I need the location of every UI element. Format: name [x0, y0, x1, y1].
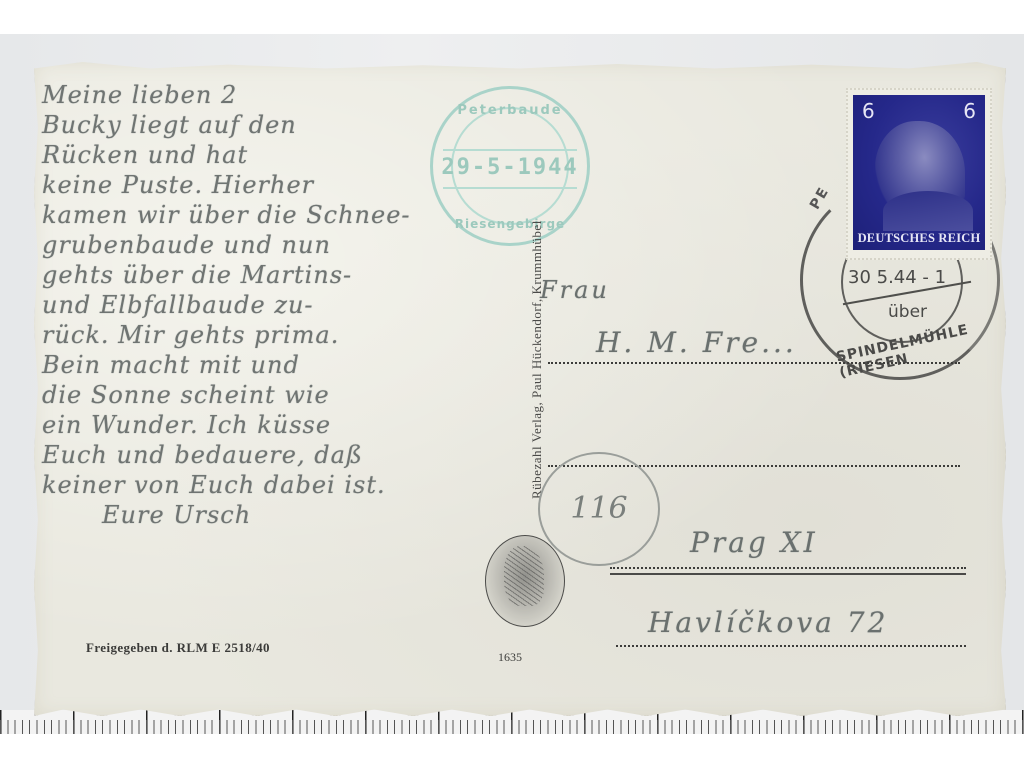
censor-note: Freigegeben d. RLM E 2518/40 — [86, 640, 270, 656]
address-salutation: Frau — [540, 276, 610, 304]
address-line-4 — [616, 645, 966, 647]
message-line: ein Wunder. Ich küsse — [42, 410, 512, 440]
stamp-country: DEUTSCHES REICH — [853, 231, 985, 246]
message-line: grubenbaude und nun — [42, 230, 512, 260]
address-city: Prag XI — [690, 526, 818, 559]
message-line: Euch und bedauere, daß — [42, 440, 512, 470]
postmark-sub-text: über — [888, 302, 927, 322]
hut-cachet-stamp: Peterbaude 29-5-1944 Riesengebirge — [430, 86, 590, 246]
address-line-3 — [610, 567, 966, 569]
message-line: keiner von Euch dabei ist. — [42, 470, 512, 500]
stamp-value-left: 6 — [862, 99, 875, 123]
message-line: Bein macht mit und — [42, 350, 512, 380]
stamp-value-right: 6 — [963, 99, 976, 123]
stamp-portrait-icon — [875, 121, 965, 225]
cachet-top-text: Peterbaude — [433, 103, 587, 118]
stamp-face: 6 6 DEUTSCHES REICH — [853, 95, 985, 250]
message-line: und Elbfallbaude zu- — [42, 290, 512, 320]
address-street: Havlíčkova 72 — [648, 606, 888, 639]
cachet-divider — [443, 149, 577, 151]
city-underline — [610, 573, 966, 575]
message-line: gehts über die Martins- — [42, 260, 512, 290]
print-number: 1635 — [498, 650, 522, 665]
address-line-1 — [548, 362, 960, 364]
postmark-date: 30 5.44 - 1 — [848, 267, 946, 288]
circled-annotation: 116 — [538, 452, 660, 566]
rubezahl-vignette-icon — [485, 535, 565, 627]
address-name: H. M. Fre... — [596, 326, 797, 359]
cachet-date: 29-5-1944 — [433, 155, 587, 180]
signature: Eure Ursch — [42, 500, 512, 530]
cachet-bottom-text: Riesengebirge — [433, 217, 587, 231]
cachet-divider — [443, 187, 577, 189]
message-line: die Sonne scheint wie — [42, 380, 512, 410]
message-line: rück. Mir gehts prima. — [42, 320, 512, 350]
postage-stamp: 6 6 DEUTSCHES REICH — [846, 88, 992, 260]
